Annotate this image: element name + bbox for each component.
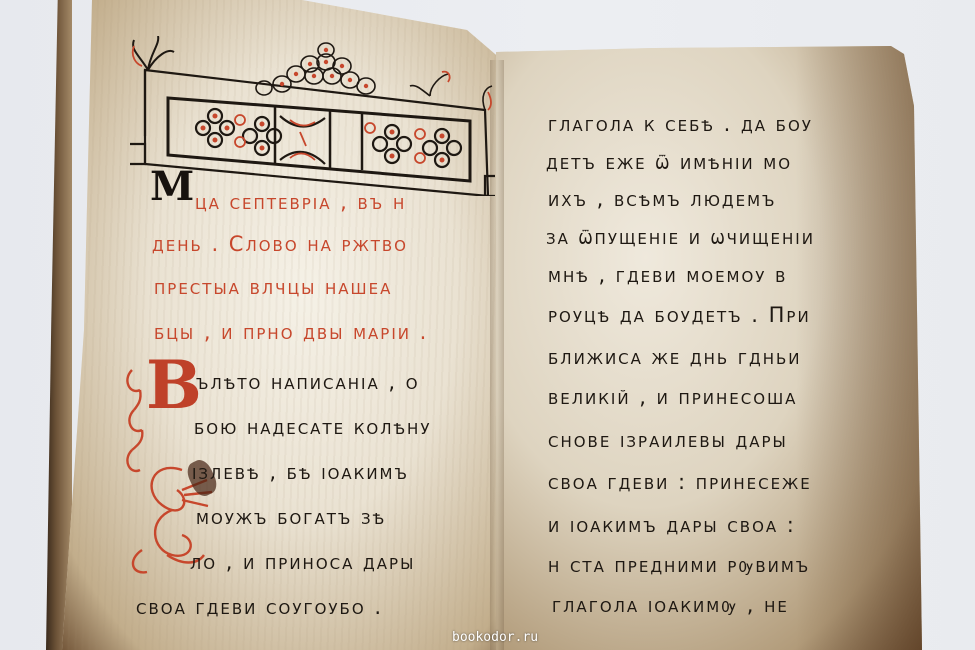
text-line: роуцѣ да боудетъ . При [548, 303, 811, 327]
text-line: глагола іоакимѹ , не [552, 593, 789, 617]
text-line: ълѣто написаніа , о [196, 370, 420, 394]
text-line: глагола к себѣ . да боу [548, 112, 813, 136]
text-line: снове ізраилевы дары [548, 428, 788, 452]
text-line: н ста предними рѹвимъ [548, 553, 810, 577]
text-line: своа гдеви : принесеже [548, 470, 812, 494]
heading-line: престыа влчцы нашеа [154, 275, 392, 299]
text-line: мнѣ , гдеви моемоу в [548, 263, 787, 287]
text-line: своа гдеви соугоубо . [136, 595, 383, 619]
text-line: за ѿпущеніе и ѡчищеніи [546, 225, 815, 249]
initial-letter-m: М [150, 163, 194, 210]
watermark: bookodor.ru [452, 630, 538, 645]
heading-line: бцы , и прно двы маріи . [154, 320, 428, 344]
text-line: ло , и приноса дары [190, 550, 415, 574]
left-page-edge [46, 0, 72, 650]
text-line: бою надесате колѣну [194, 415, 431, 439]
text-line: великій , и принесоша [548, 385, 797, 409]
initial-letter-v: В [146, 346, 202, 424]
text-line: ближиса же днь гдньи [548, 345, 802, 369]
heading-line: ца септевріа , въ н [195, 190, 406, 214]
text-line: детъ еже ѿ имѣніи мо [546, 150, 792, 174]
text-line: ізлевѣ , бѣ іоакимъ [192, 460, 409, 484]
text-line: и іоакимъ дары своа : [548, 513, 796, 537]
text-line: моужъ богатъ зѣ [196, 505, 386, 529]
manuscript-photo: М ца септевріа , въ н день . Слово на рж… [0, 0, 975, 650]
text-line: ихъ , всѣмъ людемъ [548, 187, 777, 211]
heading-line: день . Слово на ржтво [152, 232, 408, 256]
